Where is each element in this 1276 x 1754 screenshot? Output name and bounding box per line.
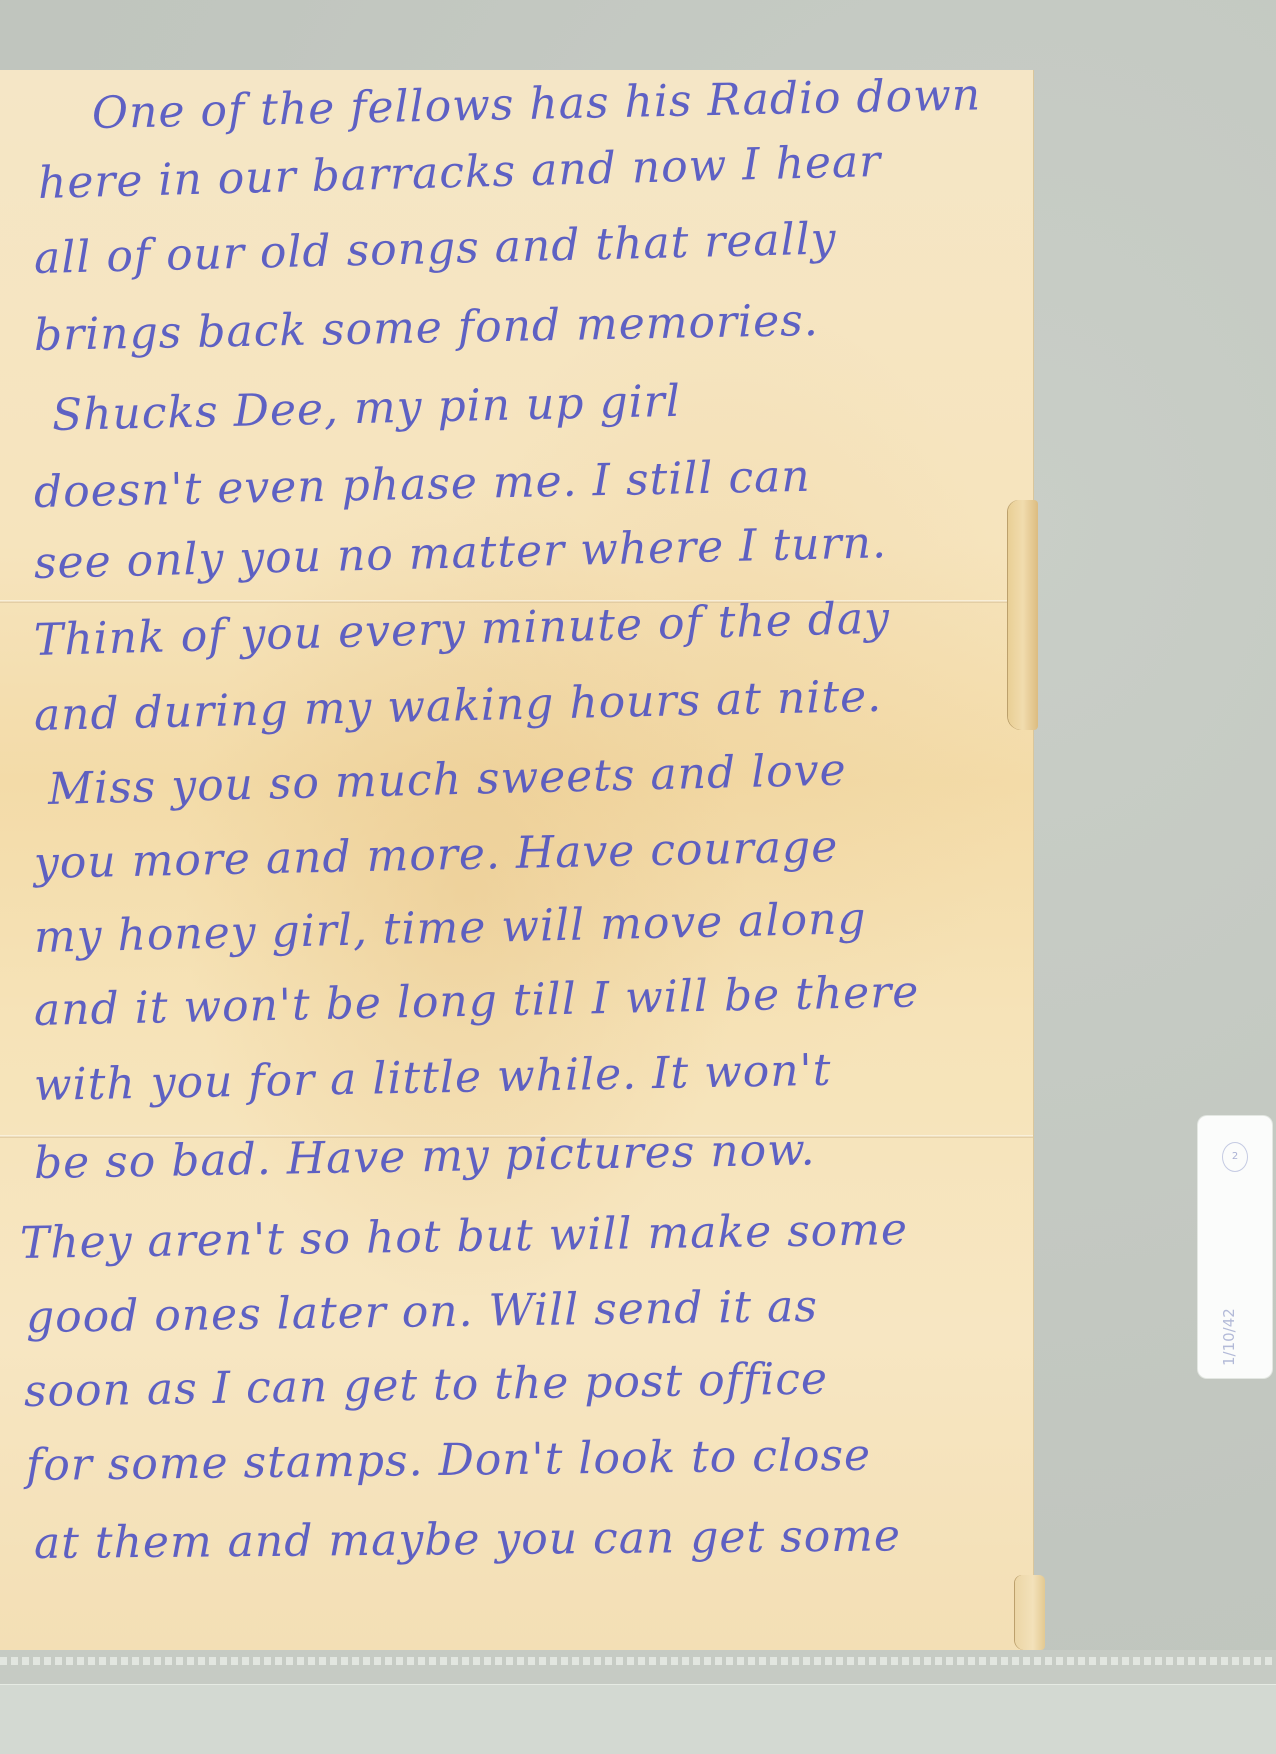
letter-line: and during my waking hours at nite. xyxy=(33,671,882,741)
sleeve-perforation xyxy=(0,1657,1276,1665)
letter-line: and it won't be long till I will be ther… xyxy=(33,966,919,1036)
label-date-note: 1/10/42 xyxy=(1220,1276,1250,1366)
letter-line: at them and maybe you can get some xyxy=(34,1510,901,1569)
letter-line: with you for a little while. It won't xyxy=(34,1045,832,1111)
letter-line: good ones later on. Will send it as xyxy=(26,1281,819,1343)
letter-line: you more and more. Have courage xyxy=(33,821,838,889)
letter-line: for some stamps. Don't look to close xyxy=(26,1430,872,1491)
page-number-circle: 2 xyxy=(1222,1142,1248,1172)
letter-line: Miss you so much sweets and love xyxy=(47,744,847,815)
letter-line: be so bad. Have my pictures now. xyxy=(34,1124,816,1189)
letter-line: Shucks Dee, my pin up girl xyxy=(51,376,681,441)
letter-line: all of our old songs and that really xyxy=(33,213,837,284)
letter-line: They aren't so hot but will make some xyxy=(20,1204,909,1269)
letter-line: Think of you every minute of the day xyxy=(33,593,890,666)
letter-line: my honey girl, time will move along xyxy=(33,893,867,963)
letter-text: One of the fellows has his Radio down he… xyxy=(0,70,1033,1650)
letter-line: brings back some fond memories. xyxy=(34,295,820,361)
plastic-sleeve-edge xyxy=(0,1650,1276,1685)
letter-line: see only you no matter where I turn. xyxy=(33,517,887,589)
letter-line: soon as I can get to the post office xyxy=(24,1353,829,1417)
letter-line: One of the fellows has his Radio down xyxy=(91,69,981,139)
letter-line: doesn't even phase me. I still can xyxy=(33,451,811,518)
plastic-sleeve-bottom xyxy=(0,1684,1276,1754)
letter-line: here in our barracks and now I hear xyxy=(37,136,882,209)
archive-label-sticker: 2 1/10/42 xyxy=(1198,1116,1272,1378)
